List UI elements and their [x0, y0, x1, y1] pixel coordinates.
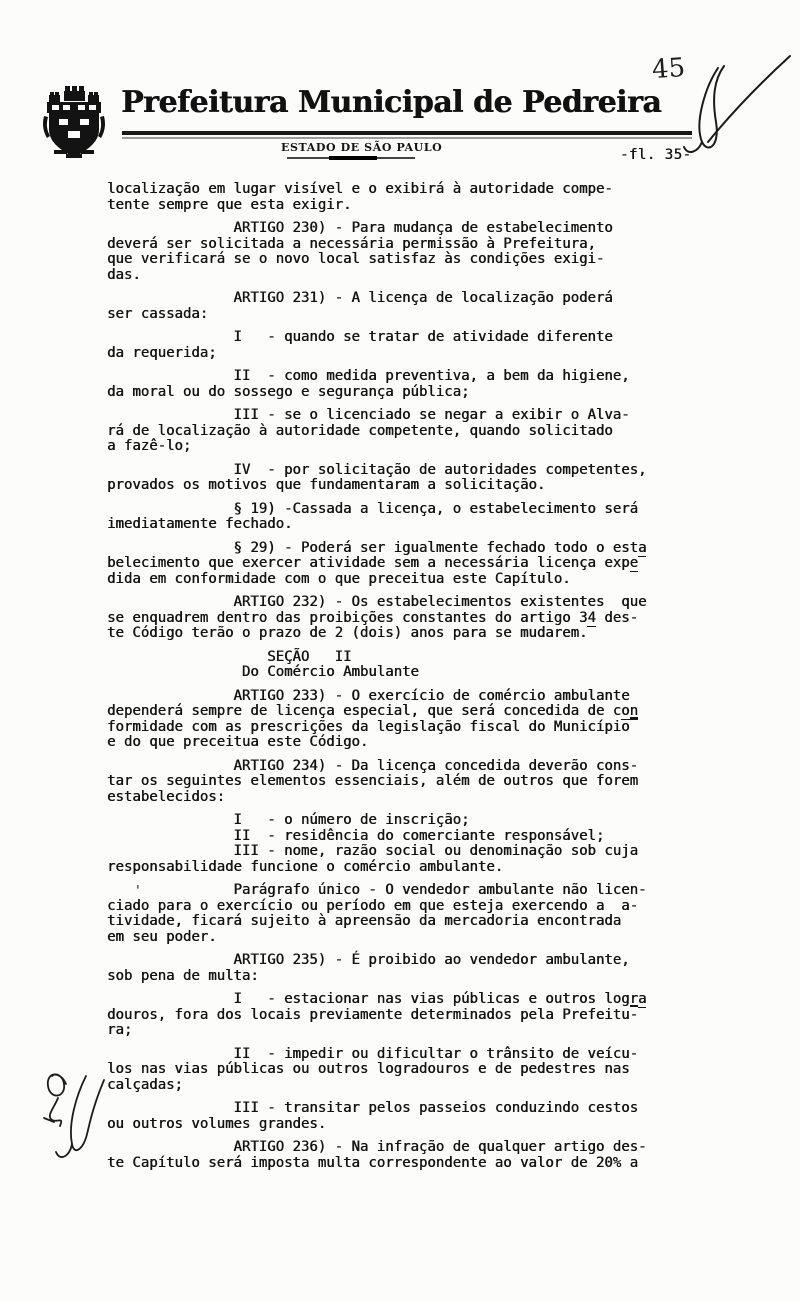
paragraph: § 29) - Poderá ser igualmente fechado to… [107, 541, 707, 588]
paragraph: Parágrafo único - O vendedor ambulante n… [107, 883, 707, 945]
text-line: provados os motivos que fundamentaram a … [107, 478, 707, 494]
text-line: ARTIGO 231) - A licença de localização p… [107, 291, 707, 307]
document-title: Prefeitura Municipal de Pedreira [121, 86, 699, 120]
text-line: estabelecidos: [107, 790, 707, 806]
paragraph: II - impedir ou dificultar o trânsito de… [107, 1047, 707, 1094]
text-line: § 29) - Poderá ser igualmente fechado to… [107, 541, 707, 557]
signature-flourish-icon [662, 52, 794, 162]
text-line: calçadas; [107, 1078, 707, 1094]
document-body: localização em lugar visível e o exibirá… [107, 182, 707, 1171]
scanned-document-page: Prefeitura Municipal de Pedreira ESTADO … [0, 0, 800, 1302]
text-line: I - estacionar nas vias públicas e outro… [107, 992, 707, 1008]
text-line: Do Comércio Ambulante [107, 665, 707, 681]
paragraph: I - o número de inscrição; II - residênc… [107, 813, 707, 875]
paragraph: I - estacionar nas vias públicas e outro… [107, 992, 707, 1039]
text-line: ARTIGO 233) - O exercício de comércio am… [107, 689, 707, 705]
state-subtitle: ESTADO DE SÃO PAULO [281, 141, 427, 154]
paragraph: III - se o licenciado se negar a exibir … [107, 408, 707, 455]
text-line: ciado para o exercício ou período em que… [107, 899, 707, 915]
text-line: I - quando se tratar de atividade difere… [107, 330, 707, 346]
text-line: que verificará se o novo local satisfaz … [107, 252, 707, 268]
initials-rubric-icon [10, 1062, 106, 1170]
text-line: da requerida; [107, 346, 707, 362]
text-line: ARTIGO 235) - É proibido ao vendedor amb… [107, 953, 707, 969]
text-line: ou outros volumes grandes. [107, 1117, 707, 1133]
text-line: dida em conformidade com o que preceitua… [107, 572, 707, 588]
paragraph: ARTIGO 236) - Na infração de qualquer ar… [107, 1140, 707, 1171]
paragraph: III - transitar pelos passeios conduzind… [107, 1101, 707, 1132]
text-line: localização em lugar visível e o exibirá… [107, 182, 707, 198]
text-line: douros, fora dos locais previamente dete… [107, 1008, 707, 1024]
title-rule [122, 131, 692, 135]
text-line: III - transitar pelos passeios conduzind… [107, 1101, 707, 1117]
paragraph: ARTIGO 233) - O exercício de comércio am… [107, 689, 707, 751]
text-line: e do que preceitua este Código. [107, 735, 707, 751]
text-line: ARTIGO 236) - Na infração de qualquer ar… [107, 1140, 707, 1156]
text-line: ra; [107, 1023, 707, 1039]
text-line: em seu poder. [107, 930, 707, 946]
text-line: II - residência do comerciante responsáv… [107, 829, 707, 845]
title-rule-shadow [122, 137, 692, 139]
text-line: I - o número de inscrição; [107, 813, 707, 829]
text-line: tar os seguintes elementos essenciais, a… [107, 774, 707, 790]
text-line: formidade com as prescrições da legislaç… [107, 720, 707, 736]
subtitle-rule-center [329, 156, 377, 160]
paragraph: ARTIGO 234) - Da licença concedida dever… [107, 759, 707, 806]
paragraph: II - como medida preventiva, a bem da hi… [107, 369, 707, 400]
municipal-coat-of-arms-icon [42, 86, 106, 166]
text-line: responsabilidade funcione o comércio amb… [107, 860, 707, 876]
text-line: ser cassada: [107, 307, 707, 323]
text-line: da moral ou do sossego e segurança públi… [107, 385, 707, 401]
text-line: III - se o licenciado se negar a exibir … [107, 408, 707, 424]
text-line: a fazê-lo; [107, 439, 707, 455]
text-line: II - como medida preventiva, a bem da hi… [107, 369, 707, 385]
text-line: te Código terão o prazo de 2 (dois) anos… [107, 626, 707, 642]
text-line: II - impedir ou dificultar o trânsito de… [107, 1047, 707, 1063]
text-line: rá de localização à autoridade competent… [107, 424, 707, 440]
paragraph: ARTIGO 231) - A licença de localização p… [107, 291, 707, 322]
text-line: ARTIGO 232) - Os estabelecimentos existe… [107, 595, 707, 611]
paragraph: localização em lugar visível e o exibirá… [107, 182, 707, 213]
text-line: te Capítulo será imposta multa correspon… [107, 1156, 707, 1172]
text-line: belecimento que exercer atividade sem a … [107, 556, 707, 572]
text-line: ARTIGO 234) - Da licença concedida dever… [107, 759, 707, 775]
text-line: Parágrafo único - O vendedor ambulante n… [107, 883, 707, 899]
text-line: § 19) -Cassada a licença, o estabelecime… [107, 502, 707, 518]
text-line: imediatamente fechado. [107, 517, 707, 533]
text-line: sob pena de multa: [107, 969, 707, 985]
text-line: tividade, ficará sujeito à apreensão da … [107, 914, 707, 930]
text-line: se enquadrem dentro das proibições const… [107, 611, 707, 627]
text-line: IV - por solicitação de autoridades comp… [107, 463, 707, 479]
text-line: SEÇÃO II [107, 650, 707, 666]
text-line: ARTIGO 230) - Para mudança de estabeleci… [107, 221, 707, 237]
text-line: III - nome, razão social ou denominação … [107, 844, 707, 860]
paragraph: ARTIGO 232) - Os estabelecimentos existe… [107, 595, 707, 642]
paragraph: § 19) -Cassada a licença, o estabelecime… [107, 502, 707, 533]
text-line: das. [107, 268, 707, 284]
paragraph: SEÇÃO II Do Comércio Ambulante [107, 650, 707, 681]
text-line: deverá ser solicitada a necessária permi… [107, 237, 707, 253]
text-line: tente sempre que esta exigir. [107, 198, 707, 214]
paragraph: I - quando se tratar de atividade difere… [107, 330, 707, 361]
paragraph: ARTIGO 230) - Para mudança de estabeleci… [107, 221, 707, 283]
text-line: dependerá sempre de licença especial, qu… [107, 704, 707, 720]
text-line: los nas vias públicas ou outros logradou… [107, 1062, 707, 1078]
paragraph: IV - por solicitação de autoridades comp… [107, 463, 707, 494]
paragraph: ARTIGO 235) - É proibido ao vendedor amb… [107, 953, 707, 984]
